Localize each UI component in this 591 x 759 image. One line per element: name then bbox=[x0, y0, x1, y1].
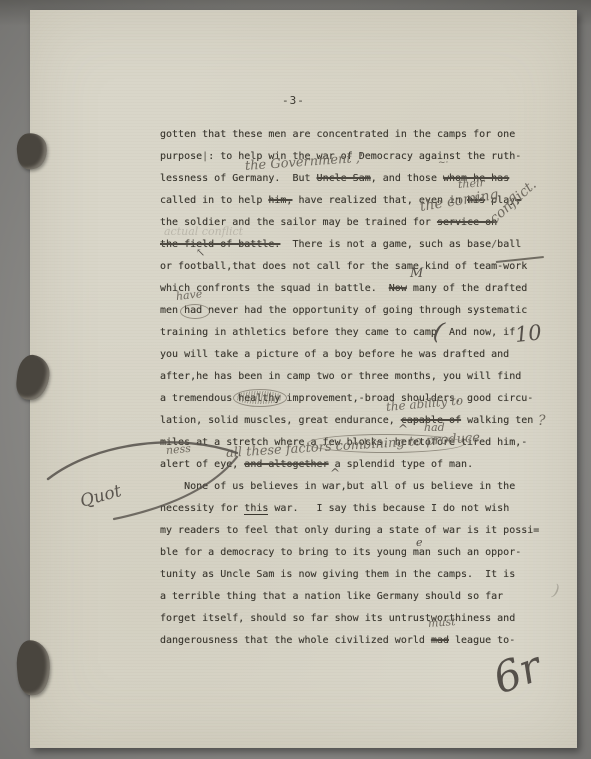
text-segment: gotten that these men are concentrated i… bbox=[160, 129, 515, 140]
text-segment: a splendid type of man. bbox=[329, 459, 474, 470]
text-segment: him, bbox=[268, 195, 292, 206]
torn-edge-stub bbox=[15, 131, 50, 171]
typed-line: a terrible thing that a nation like Germ… bbox=[160, 586, 550, 608]
typed-line: after,he has been in camp two or three m… bbox=[160, 366, 550, 388]
margin-question-mark: ? bbox=[538, 413, 546, 429]
text-segment: you will take a picture of a boy before … bbox=[160, 349, 509, 360]
text-segment: lation, solid muscles, great endurance, bbox=[160, 415, 401, 426]
text-segment: forget itself, should so far show its un… bbox=[160, 613, 515, 624]
margin-quote-word: Quot bbox=[78, 481, 124, 512]
typed-line: dangerousness that the whole civilized w… bbox=[160, 630, 550, 652]
typed-line: a tremendous healthy improvement,-broad … bbox=[160, 388, 550, 410]
typed-line: you will take a picture of a boy before … bbox=[160, 344, 550, 366]
margin-paren-mark: ) bbox=[551, 580, 561, 600]
typed-line: gotten that these men are concentrated i… bbox=[160, 124, 550, 146]
pencil-squiggle-mark: ~· bbox=[438, 158, 448, 168]
margin-quote-bracket: Quot bbox=[42, 435, 242, 535]
text-segment: purpose bbox=[160, 151, 202, 162]
margin-number-mark: 10 bbox=[514, 320, 543, 347]
text-segment: a tremendous healthy improvement,-broad … bbox=[160, 393, 533, 404]
text-segment: men had never had the opportunity of goi… bbox=[160, 305, 527, 316]
scan-background: -3- gotten that these men are concentrat… bbox=[0, 0, 591, 759]
handwritten-edit-e: e bbox=[416, 536, 423, 549]
typed-line: ble for a democracy to bring to its youn… bbox=[160, 542, 550, 564]
text-segment: training in athletics before they came t… bbox=[160, 327, 515, 338]
text-segment: service on bbox=[437, 217, 497, 228]
caret-mark-battle: ↖ bbox=[196, 246, 205, 259]
typed-line: men had never had the opportunity of goi… bbox=[160, 300, 550, 322]
text-segment: this bbox=[244, 503, 268, 515]
typed-line: forget itself, should so far show its un… bbox=[160, 608, 550, 630]
text-segment: called in to help bbox=[160, 195, 268, 206]
text-segment: mad bbox=[431, 635, 449, 646]
text-segment: Now bbox=[389, 283, 407, 294]
text-segment: , and those bbox=[371, 173, 443, 184]
text-segment: many of the drafted bbox=[407, 283, 527, 294]
text-segment: ball bbox=[497, 239, 521, 250]
text-segment: walking ten bbox=[461, 415, 533, 426]
typed-line: or football,that does not call for the s… bbox=[160, 256, 550, 278]
handwritten-edit-must: must bbox=[428, 615, 456, 630]
text-segment: tunity as Uncle Sam is now giving them i… bbox=[160, 569, 515, 580]
text-segment: a terrible thing that a nation like Germ… bbox=[160, 591, 503, 602]
typed-line: which confronts the squad in battle. Now… bbox=[160, 278, 550, 300]
text-segment: ble for a democracy to bring to its youn… bbox=[160, 547, 521, 558]
capitalization-mark-m: M bbox=[410, 266, 423, 281]
text-segment: Uncle Sam bbox=[317, 173, 371, 184]
page-number: -3- bbox=[282, 94, 305, 107]
text-segment: lessness of Germany. But bbox=[160, 173, 317, 184]
text-segment: after,he has been in camp two or three m… bbox=[160, 371, 521, 382]
text-segment: There is not a game, such as base bbox=[280, 239, 491, 250]
typed-line: tunity as Uncle Sam is now giving them i… bbox=[160, 564, 550, 586]
text-segment: or football,that does not call for the s… bbox=[160, 261, 527, 272]
manuscript-page: -3- gotten that these men are concentrat… bbox=[30, 10, 577, 748]
text-segment: the field of battle. bbox=[160, 239, 280, 250]
torn-edge-stub bbox=[15, 639, 53, 697]
text-segment: league to- bbox=[449, 635, 515, 646]
caret-mark-splendid: ^ bbox=[330, 466, 340, 480]
typed-line: training in athletics before they came t… bbox=[160, 322, 550, 344]
text-segment: dangerousness that the whole civilized w… bbox=[160, 635, 431, 646]
circle-around-healthy bbox=[233, 389, 287, 407]
circle-around-had bbox=[180, 304, 210, 319]
handwritten-edit-have: have bbox=[175, 287, 203, 303]
torn-edge-stub bbox=[15, 353, 52, 401]
text-segment: and altogether bbox=[244, 459, 328, 470]
typed-line: lation, solid muscles, great endurance, … bbox=[160, 410, 550, 432]
text-segment: war. I say this because I do not wish bbox=[268, 503, 509, 514]
erased-note-actual-conflict: actual conflict bbox=[164, 225, 243, 238]
